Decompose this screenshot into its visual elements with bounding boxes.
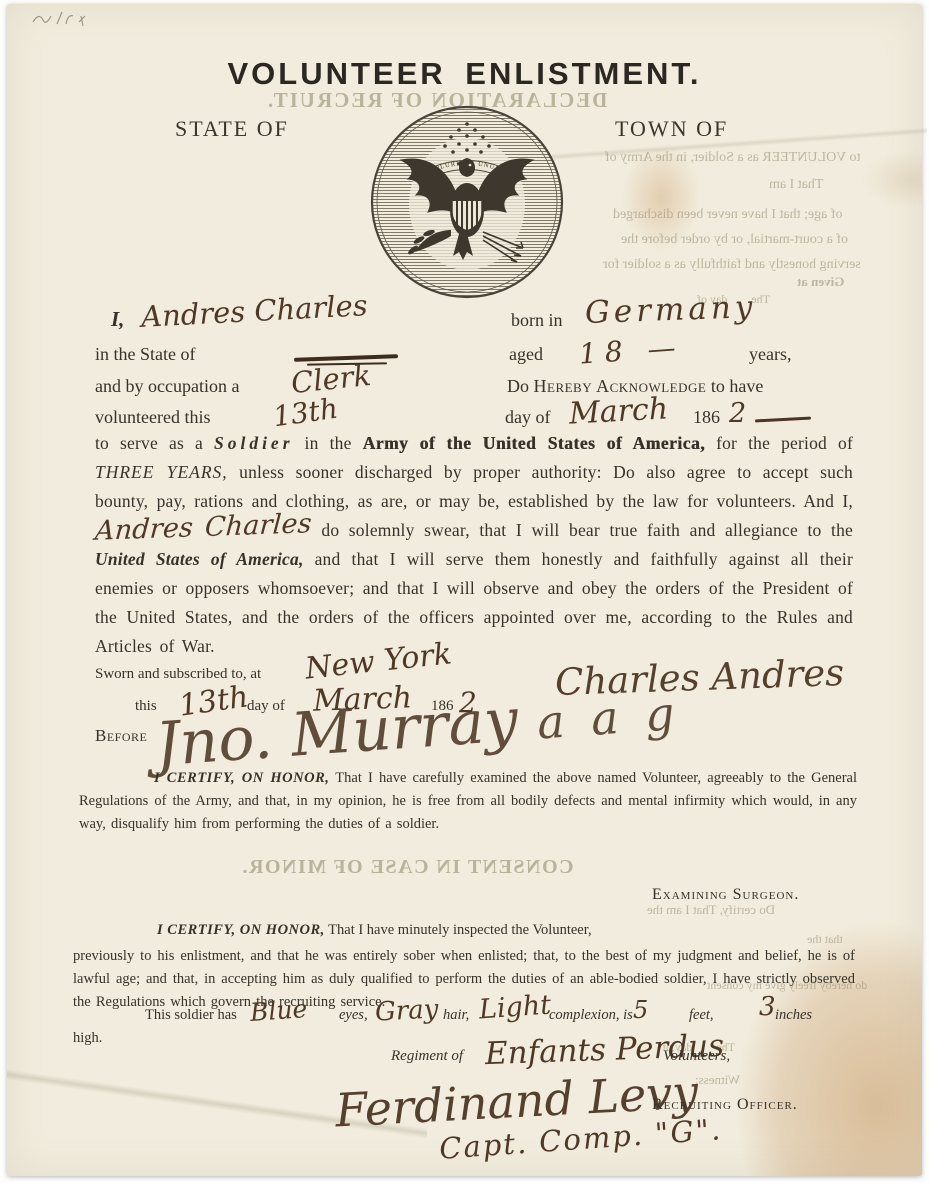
inches-handwritten: 3 bbox=[759, 992, 776, 1022]
year-printed: 186 bbox=[693, 407, 720, 428]
recruit-cert-line1: That I have minutely inspected the Volun… bbox=[325, 922, 592, 938]
acknowledge-tail: to have bbox=[706, 376, 763, 396]
volunteers-label: Volunteers, bbox=[663, 1048, 730, 1065]
high-label: high. bbox=[73, 1030, 102, 1047]
hair-label: hair, bbox=[443, 1007, 469, 1024]
oath-name-handwritten: Andres Charles bbox=[95, 524, 312, 532]
birthplace-handwritten: Germany bbox=[584, 289, 756, 331]
feet-label: feet, bbox=[689, 1007, 714, 1024]
bleedthrough-fragment: do hereby freely give my consent bbox=[707, 978, 867, 993]
occupation-label: and by occupation a bbox=[95, 376, 239, 397]
bleedthrough-fragment: That I am bbox=[769, 177, 823, 193]
bleedthrough-fragment: Do certify, That I am the bbox=[647, 902, 775, 918]
eyes-label: eyes, bbox=[339, 1007, 368, 1024]
day-of-label: day of bbox=[505, 407, 550, 428]
oath-soldier: Soldier bbox=[214, 433, 294, 453]
surgeon-cert-lead: I CERTIFY, ON HONOR, bbox=[154, 770, 329, 786]
soldier-has-label: This soldier has bbox=[145, 1007, 237, 1024]
ink-dash bbox=[755, 417, 811, 423]
oath-serve: to serve as a bbox=[95, 433, 214, 453]
bleedthrough-fragment: Witness: bbox=[695, 1072, 740, 1088]
oath-in-the: in the bbox=[294, 433, 363, 453]
before-label: Before bbox=[95, 726, 147, 746]
bleedthrough-fragment: of a court-martial, or by order before t… bbox=[621, 232, 848, 248]
hair-handwritten: Gray bbox=[374, 994, 439, 1027]
document-title: VOLUNTEER ENLISTMENT. bbox=[7, 56, 922, 92]
state-label: in the State of bbox=[95, 344, 195, 365]
great-seal-eagle-engraving: E PLURIBUS UNUM bbox=[367, 102, 567, 302]
enlist-month-handwritten: March bbox=[568, 391, 669, 431]
enlist-day-handwritten: 13th bbox=[271, 392, 340, 434]
oath-do-swear: do solemnly swear, that I will bear true… bbox=[312, 520, 853, 540]
inches-label: inches bbox=[775, 1007, 812, 1024]
volunteered-label: volunteered this bbox=[95, 407, 210, 428]
surgeon-certificate-paragraph: I CERTIFY, ON HONOR, That I have careful… bbox=[79, 767, 857, 836]
state-of-label: STATE OF bbox=[175, 116, 289, 142]
recruit-name-handwritten: Andres Charles bbox=[140, 288, 368, 334]
years-label: years, bbox=[749, 344, 791, 365]
bleedthrough-fragment: to VOLUNTEER as a Soldier, in the Army o… bbox=[605, 150, 860, 166]
bleedthrough-fragment: Given at bbox=[797, 274, 844, 290]
paper-sheet: VOLUNTEER ENLISTMENT. DECLARATION OF REC… bbox=[7, 4, 922, 1176]
bleedthrough-fragment: of age; that I have never been discharge… bbox=[613, 207, 842, 223]
oath-army: Army of the United States of America, bbox=[363, 433, 705, 453]
examining-surgeon-label: Examining Surgeon. bbox=[652, 886, 799, 904]
enlist-year-handwritten: 2 bbox=[729, 398, 746, 429]
pencil-scribble bbox=[29, 8, 89, 32]
bleedthrough-fragment: serving honestly and faithfully as a sol… bbox=[603, 257, 861, 273]
born-in-label: born in bbox=[511, 310, 563, 331]
recruiting-officer-label: Recruiting Officer. bbox=[652, 1096, 798, 1114]
oath-three-years: THREE YEARS, bbox=[95, 462, 228, 482]
bleedthrough-consent-title: CONSENT IN CASE OF MINOR. bbox=[241, 856, 574, 879]
oath-for-period: for the period of bbox=[705, 433, 853, 453]
scanned-document: VOLUNTEER ENLISTMENT. DECLARATION OF REC… bbox=[0, 0, 930, 1183]
complexion-label: complexion, is bbox=[549, 1007, 633, 1024]
oath-usa: United States of America, bbox=[95, 549, 304, 569]
aged-label: aged bbox=[509, 344, 543, 365]
eyes-handwritten: Blue bbox=[249, 994, 308, 1027]
magistrate-signature-suffix: a a g bbox=[535, 686, 682, 750]
acknowledge-do: Do bbox=[507, 376, 534, 396]
recruit-cert-lead: I CERTIFY, ON HONOR, bbox=[157, 922, 325, 938]
regiment-label: Regiment of bbox=[391, 1048, 463, 1065]
oath-paragraph: to serve as a Soldier in the Army of the… bbox=[95, 429, 853, 661]
town-of-label: TOWN OF bbox=[615, 116, 728, 142]
complexion-handwritten: Light bbox=[478, 990, 552, 1026]
feet-handwritten: 5 bbox=[633, 996, 648, 1024]
i-label: I, bbox=[111, 307, 124, 332]
age-handwritten: 18 — bbox=[578, 330, 685, 370]
